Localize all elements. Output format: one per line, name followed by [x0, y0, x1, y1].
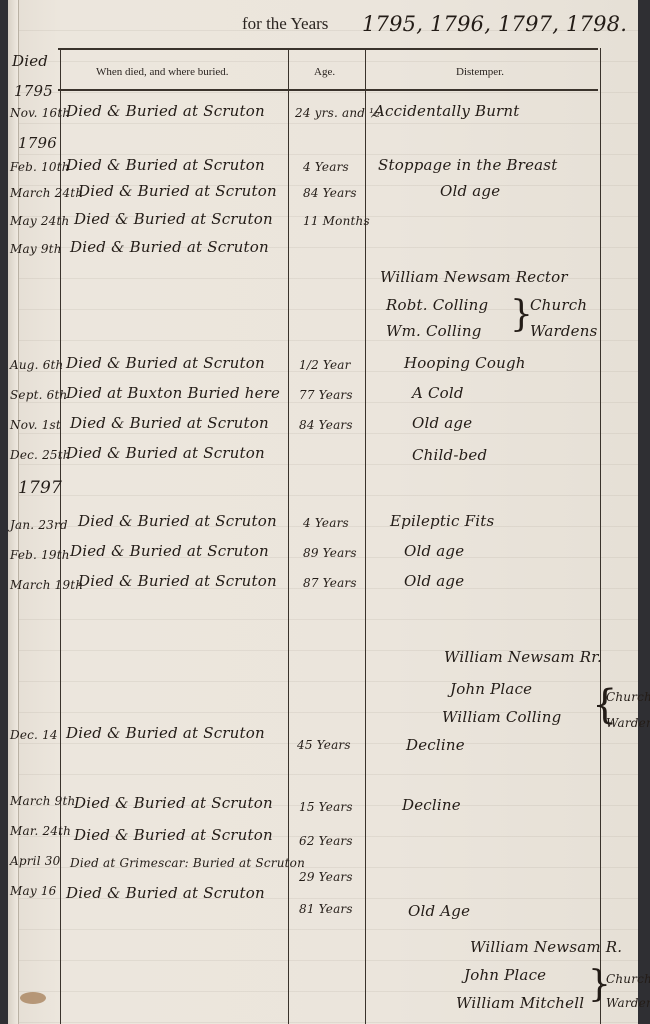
header-rule-top	[58, 48, 598, 50]
signature-role: Church	[606, 690, 650, 704]
entry-place: Died & Buried at Scruton	[70, 414, 269, 432]
entry-date: May 9th	[10, 242, 62, 256]
entry-age: 89 Years	[303, 546, 357, 560]
entry-distemper: Old age	[440, 182, 500, 200]
entry-distemper: Hooping Cough	[404, 354, 526, 372]
column-heading-when-where: When died, and where buried.	[96, 66, 229, 78]
entry-place: Died & Buried at Scruton	[66, 102, 265, 120]
entry-place: Died & Buried at Scruton	[66, 156, 265, 174]
entry-place: Died & Buried at Scruton	[74, 826, 273, 844]
entry-date: Dec. 14	[10, 728, 58, 742]
entry-age: 84 Years	[299, 418, 353, 432]
signature-rector: William Newsam Rector	[380, 268, 568, 286]
entry-date: March 9th	[10, 794, 75, 808]
entry-place: Died & Buried at Scruton	[78, 512, 277, 530]
column-divider-place	[288, 48, 289, 1024]
entry-place: Died & Buried at Scruton	[66, 724, 265, 742]
entry-age: 24 yrs. and ½	[295, 106, 381, 120]
entry-place: Died & Buried at Scruton	[78, 572, 277, 590]
entry-date: Sept. 6th	[10, 388, 67, 402]
entry-date: Nov. 16th	[10, 106, 70, 120]
entry-age: 81 Years	[299, 902, 353, 916]
entry-date: March 24th	[10, 186, 83, 200]
entry-place: Died at Grimescar: Buried at Scruton	[70, 856, 305, 870]
signature-rector: William Newsam R.	[470, 938, 622, 956]
entry-distemper: Old age	[404, 542, 464, 560]
signature-role: Church	[530, 296, 587, 314]
entry-distemper: Child-bed	[412, 446, 487, 464]
entry-distemper: Accidentally Burnt	[374, 102, 520, 120]
entry-place: Died at Buxton Buried here	[66, 384, 280, 402]
entry-age: 4 Years	[303, 516, 349, 530]
entry-date: Feb. 19th	[10, 548, 70, 562]
entry-distemper: Epileptic Fits	[390, 512, 494, 530]
entry-date: March 19th	[10, 578, 83, 592]
signature-role: Wardens	[530, 322, 597, 340]
signature-warden: William Colling	[442, 708, 561, 726]
entry-date: Dec. 25th	[10, 448, 71, 462]
column-divider-distemper	[600, 48, 601, 1024]
entry-age: 84 Years	[303, 186, 357, 200]
entry-distemper: A Cold	[412, 384, 464, 402]
entry-place: Died & Buried at Scruton	[66, 884, 265, 902]
entry-place: Died & Buried at Scruton	[78, 182, 277, 200]
entry-date: May 16	[10, 884, 57, 898]
year-marker: 1795	[14, 82, 53, 100]
header-rule-bottom	[58, 89, 598, 91]
entry-age: 29 Years	[299, 870, 353, 884]
entry-age: 15 Years	[299, 800, 353, 814]
entry-age: 11 Months	[303, 214, 370, 228]
signature-warden: John Place	[450, 680, 532, 698]
register-page: for the Years 1795, 1796, 1797, 1798. Di…	[8, 0, 638, 1024]
entry-date: April 30	[10, 854, 60, 868]
entry-age: 62 Years	[299, 834, 353, 848]
entry-place: Died & Buried at Scruton	[70, 542, 269, 560]
column-heading-died: Died	[12, 52, 48, 70]
entry-distemper: Old age	[404, 572, 464, 590]
entry-distemper: Decline	[402, 796, 461, 814]
entry-distemper: Decline	[406, 736, 465, 754]
entry-age: 4 Years	[303, 160, 349, 174]
entry-date: Mar. 24th	[10, 824, 71, 838]
signature-role: Wardens	[606, 996, 650, 1010]
entry-distemper: Stoppage in the Breast	[378, 156, 557, 174]
signature-warden: Robt. Colling	[386, 296, 488, 314]
entry-age: 45 Years	[297, 738, 351, 752]
entry-distemper: Old age	[412, 414, 472, 432]
header-years: 1795, 1796, 1797, 1798.	[362, 12, 627, 36]
entry-place: Died & Buried at Scruton	[74, 210, 273, 228]
column-heading-distemper: Distemper.	[456, 66, 504, 78]
signature-role: Church	[606, 972, 650, 986]
signature-warden: Wm. Colling	[386, 322, 482, 340]
entry-age: 87 Years	[303, 576, 357, 590]
entry-place: Died & Buried at Scruton	[74, 794, 273, 812]
entry-distemper: Old Age	[408, 902, 470, 920]
entry-age: 1/2 Year	[299, 358, 351, 372]
entry-date: Jan. 23rd	[10, 518, 68, 532]
page-binding	[8, 0, 19, 1024]
ink-stain	[20, 992, 46, 1004]
entry-date: Aug. 6th	[10, 358, 64, 372]
signature-role: Wardens	[606, 716, 650, 730]
header-caption: for the Years	[242, 14, 328, 34]
column-heading-age: Age.	[314, 66, 335, 78]
column-divider-age	[365, 48, 366, 1024]
entry-place: Died & Buried at Scruton	[70, 238, 269, 256]
signature-warden: John Place	[464, 966, 546, 984]
signature-warden: William Mitchell	[456, 994, 584, 1012]
signature-rector: William Newsam Rr.	[444, 648, 602, 666]
entry-place: Died & Buried at Scruton	[66, 444, 265, 462]
entry-date: May 24th	[10, 214, 69, 228]
year-marker: 1796	[18, 134, 57, 152]
year-marker: 1797	[18, 478, 62, 498]
entry-date: Feb. 10th	[10, 160, 70, 174]
entry-age: 77 Years	[299, 388, 353, 402]
entry-place: Died & Buried at Scruton	[66, 354, 265, 372]
entry-date: Nov. 1st	[10, 418, 61, 432]
